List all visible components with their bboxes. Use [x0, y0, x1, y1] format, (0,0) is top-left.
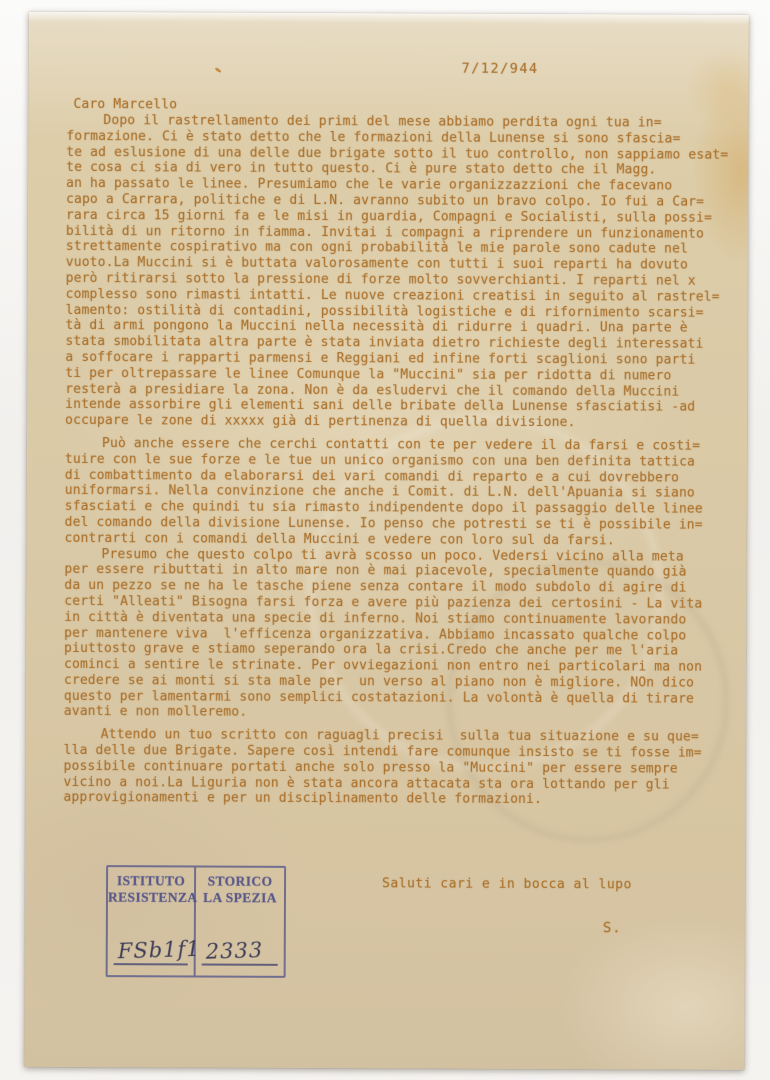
- letter-closing: Saluti cari e in bocca al lupo: [382, 876, 632, 892]
- stamp-text-resistenza: RESISTENZA: [108, 889, 194, 906]
- archive-stamp-left-cell: ISTITUTO RESISTENZA FSb1f1: [108, 867, 196, 975]
- paper-stain-fleck: [214, 67, 221, 73]
- letter-line: approvigionamenti e per un disciplinamen…: [63, 790, 731, 809]
- archive-stamp: ISTITUTO RESISTENZA FSb1f1 STORICO LA SP…: [106, 865, 286, 978]
- letter-body: Dopo il rastrellamento dei primi del mes…: [63, 113, 734, 809]
- letter-line: avanti e non molleremo.: [64, 704, 732, 723]
- handwritten-collocation-code: FSb1f1: [113, 937, 188, 964]
- letter-page: 7/12/944 Caro Marcello Dopo il rastrella…: [24, 12, 749, 1070]
- stamp-text-storico: STORICO: [196, 873, 284, 890]
- scanned-letter-scene: 7/12/944 Caro Marcello Dopo il rastrella…: [0, 0, 770, 1080]
- letter-line: occupare le zone di xxxxx già di pertine…: [65, 413, 733, 432]
- archive-stamp-institution-label: ISTITUTO RESISTENZA: [108, 866, 194, 906]
- letter-salutation: Caro Marcello: [73, 97, 177, 112]
- archive-stamp-left-writing-line: FSb1f1: [114, 938, 188, 965]
- stamp-text-istituto: ISTITUTO: [108, 872, 194, 889]
- archive-stamp-right-cell: STORICO LA SPEZIA 2333: [196, 867, 284, 975]
- letter-date: 7/12/944: [462, 61, 539, 77]
- archive-stamp-right-writing-line: 2333: [202, 939, 278, 966]
- letter-signature: S.: [603, 920, 622, 936]
- handwritten-document-number: 2333: [201, 938, 278, 965]
- archive-stamp-location-label: STORICO LA SPEZIA: [196, 867, 284, 907]
- stamp-text-la-spezia: LA SPEZIA: [196, 890, 284, 907]
